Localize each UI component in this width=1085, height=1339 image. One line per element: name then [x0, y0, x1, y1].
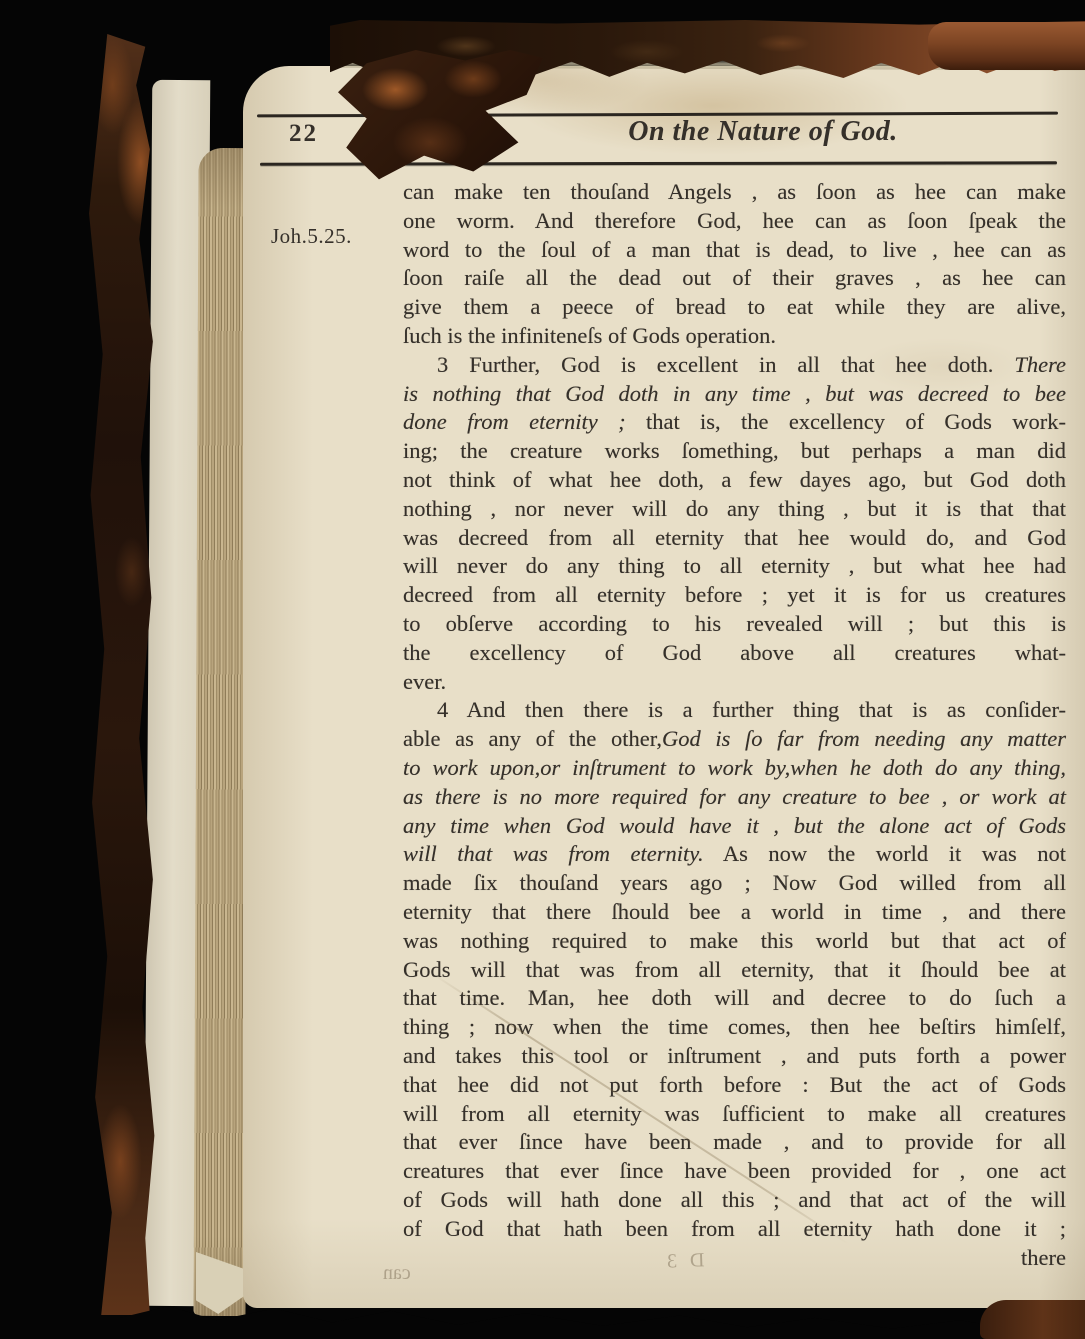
body-segment: that hee did not put forth before : But …: [403, 1072, 1066, 1097]
body-line: Gods will that was from all eternity, th…: [403, 956, 1066, 985]
body-segment: will from all eternity was ſufficient to…: [403, 1101, 1066, 1126]
body-line: any time when God would have it , but th…: [403, 812, 1066, 841]
leather-spine-roll: [928, 22, 1085, 70]
body-line: 3 Further, God is excellent in all that …: [403, 351, 1066, 380]
catchword: there: [403, 1244, 1066, 1273]
body-segment: and takes this tool or inſtrument , and …: [403, 1043, 1066, 1068]
show-through-signature-mark: D 3: [663, 1249, 705, 1273]
body-line: will that was from eternity. As now the …: [403, 840, 1066, 869]
book-photo: 22 On the Nature of God. Joh.5.25. can m…: [0, 0, 1085, 1339]
body-text: can make ten thouſand Angels , as ſoon a…: [403, 178, 1066, 1243]
body-line: the excellency of God above all creature…: [403, 639, 1066, 668]
body-segment: of God that hath been from all eternity …: [403, 1216, 1066, 1241]
body-segment: that time. Man, hee doth will and decree…: [403, 985, 1066, 1010]
body-segment: made ſix thouſand years ago ; Now God wi…: [403, 870, 1066, 895]
body-segment: eternity that there ſhould bee a world i…: [403, 899, 1066, 924]
body-line: ſuch is the infiniteneſs of Gods operati…: [403, 322, 1066, 351]
body-line: was nothing required to make this world …: [403, 927, 1066, 956]
body-segment-italic: to work upon,or inſtrument to work by,wh…: [403, 755, 1066, 780]
body-segment: decreed from all eternity before ; yet i…: [403, 582, 1066, 607]
body-line: ing; the creature works ſomething, but p…: [403, 437, 1066, 466]
page-edge-stack: [193, 148, 250, 1316]
body-line: can make ten thouſand Angels , as ſoon a…: [403, 178, 1066, 207]
body-segment: give them a peece of bread to eat while …: [403, 294, 1066, 319]
body-line: that time. Man, hee doth will and decree…: [403, 984, 1066, 1013]
body-segment: was decreed from all eternity that hee w…: [403, 525, 1066, 550]
body-line: ſoon raiſe all the dead out of their gra…: [403, 264, 1066, 293]
body-segment: can make ten thouſand Angels , as ſoon a…: [403, 179, 1066, 204]
page-number: 22: [289, 120, 318, 148]
body-segment-italic: as there is no more required for any cre…: [403, 784, 1066, 809]
body-line: word to the ſoul of a man that is dead, …: [403, 236, 1066, 265]
body-line: and takes this tool or inſtrument , and …: [403, 1042, 1066, 1071]
body-line: that hee did not put forth before : But …: [403, 1071, 1066, 1100]
body-line: to work upon,or inſtrument to work by,wh…: [403, 754, 1066, 783]
body-segment: ſoon raiſe all the dead out of their gra…: [403, 265, 1066, 290]
body-line: was decreed from all eternity that hee w…: [403, 524, 1066, 553]
body-segment: that is, the excellency of Gods work-: [626, 409, 1066, 434]
body-segment: that ever ſince have been made , and to …: [403, 1129, 1066, 1154]
body-segment-italic: will that was from eternity.: [403, 841, 704, 866]
body-line: one worm. And therefore God, hee can as …: [403, 207, 1066, 236]
running-title: On the Nature of God.: [543, 116, 983, 148]
body-segment: the excellency of God above all creature…: [403, 640, 1066, 665]
body-line: will never do any thing to all eternity …: [403, 552, 1066, 581]
body-line: is nothing that God doth in any time , b…: [403, 380, 1066, 409]
body-line: give them a peece of bread to eat while …: [403, 293, 1066, 322]
body-segment: will never do any thing to all eternity …: [403, 553, 1066, 578]
body-segment: able as any of the other,: [403, 726, 662, 751]
body-segment: 4 And then there is a further thing that…: [437, 697, 1066, 722]
body-segment: of Gods will hath done all this ; and th…: [403, 1187, 1066, 1212]
body-segment: to obſerve according to his revealed wil…: [403, 611, 1066, 636]
body-line: able as any of the other,God is ſo far f…: [403, 725, 1066, 754]
body-segment: As now the world it was not: [704, 841, 1066, 866]
margin-note: Joh.5.25.: [271, 224, 352, 249]
body-segment: nothing , nor never will do any thing , …: [403, 496, 1066, 521]
body-segment: ſuch is the infiniteneſs of Gods operati…: [403, 323, 776, 348]
body-line: of Gods will hath done all this ; and th…: [403, 1186, 1066, 1215]
body-line: done from eternity ; that is, the excell…: [403, 408, 1066, 437]
body-segment: 3 Further, God is excellent in all that …: [437, 352, 1014, 377]
body-line: will from all eternity was ſufficient to…: [403, 1100, 1066, 1129]
body-segment-italic: done from eternity ;: [403, 409, 626, 434]
body-line: 4 And then there is a further thing that…: [403, 696, 1066, 725]
book-page: 22 On the Nature of God. Joh.5.25. can m…: [243, 66, 1085, 1308]
body-line: decreed from all eternity before ; yet i…: [403, 581, 1066, 610]
body-line: of God that hath been from all eternity …: [403, 1215, 1066, 1244]
body-segment: ever.: [403, 669, 446, 694]
show-through-overleaf-word: can: [383, 1262, 411, 1285]
body-line: that ever ſince have been made , and to …: [403, 1128, 1066, 1157]
body-segment-italic: There: [1014, 352, 1066, 377]
body-segment: was nothing required to make this world …: [403, 928, 1066, 953]
leather-cover-bottom-right: [980, 1300, 1085, 1339]
body-line: eternity that there ſhould bee a world i…: [403, 898, 1066, 927]
body-segment: Gods will that was from all eternity, th…: [403, 957, 1066, 982]
body-line: to obſerve according to his revealed wil…: [403, 610, 1066, 639]
body-line: made ſix thouſand years ago ; Now God wi…: [403, 869, 1066, 898]
body-segment: word to the ſoul of a man that is dead, …: [403, 237, 1066, 262]
body-segment: one worm. And therefore God, hee can as …: [403, 208, 1066, 233]
body-line: not think of what hee doth, a few dayes …: [403, 466, 1066, 495]
body-line: nothing , nor never will do any thing , …: [403, 495, 1066, 524]
body-segment: ing; the creature works ſomething, but p…: [403, 438, 1066, 463]
body-line: ever.: [403, 668, 1066, 697]
body-segment-italic: any time when God would have it , but th…: [403, 813, 1066, 838]
body-line: as there is no more required for any cre…: [403, 783, 1066, 812]
body-segment-italic: is nothing that God doth in any time , b…: [403, 381, 1066, 406]
body-segment-italic: God is ſo far from needing any matter: [662, 726, 1066, 751]
body-segment: not think of what hee doth, a few dayes …: [403, 467, 1066, 492]
